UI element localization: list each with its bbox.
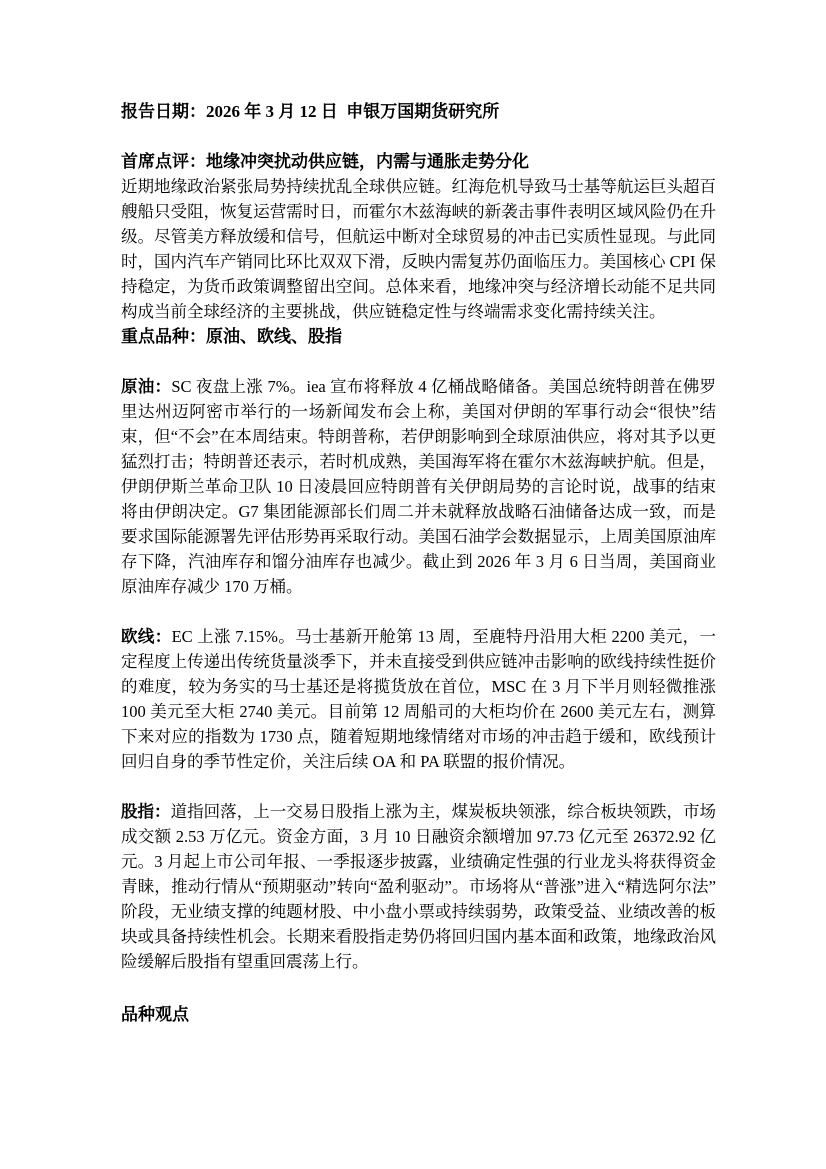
- chief-comment-heading: 首席点评：地缘冲突扰动供应链，内需与通胀走势分化: [121, 150, 716, 174]
- crude-oil-body: SC 夜盘上涨 7%。iea 宣布将释放 4 亿桶战略储备。美国总统特朗普在佛罗…: [121, 377, 716, 596]
- europe-line-section: 欧线：EC 上涨 7.15%。马士基新开舱第 13 周，至鹿特丹沿用大柜 220…: [121, 624, 716, 774]
- varieties-view-heading: 品种观点: [121, 1002, 716, 1027]
- report-date-line: 报告日期：2026 年 3 月 12 日 申银万国期货研究所: [121, 100, 716, 124]
- crude-oil-label: 原油：: [121, 377, 171, 396]
- europe-line-body: EC 上涨 7.15%。马士基新开舱第 13 周，至鹿特丹沿用大柜 2200 美…: [121, 627, 720, 771]
- stock-index-body: 道指回落，上一交易日股指上涨为主，煤炭板块领涨，综合板块领跌，市场成交额 2.5…: [121, 802, 716, 971]
- key-varieties-line: 重点品种：原油、欧线、股指: [121, 324, 716, 349]
- report-page: 报告日期：2026 年 3 月 12 日 申银万国期货研究所 首席点评：地缘冲突…: [0, 0, 826, 1169]
- chief-comment-body: 近期地缘政治紧张局势持续扰乱全球供应链。红海危机导致马士基等航运巨头超百艘船只受…: [121, 174, 716, 324]
- crude-oil-section: 原油：SC 夜盘上涨 7%。iea 宣布将释放 4 亿桶战略储备。美国总统特朗普…: [121, 374, 716, 599]
- europe-line-label: 欧线：: [121, 627, 172, 646]
- stock-index-label: 股指：: [121, 802, 171, 821]
- stock-index-section: 股指：道指回落，上一交易日股指上涨为主，煤炭板块领涨，综合板块领跌，市场成交额 …: [121, 799, 716, 974]
